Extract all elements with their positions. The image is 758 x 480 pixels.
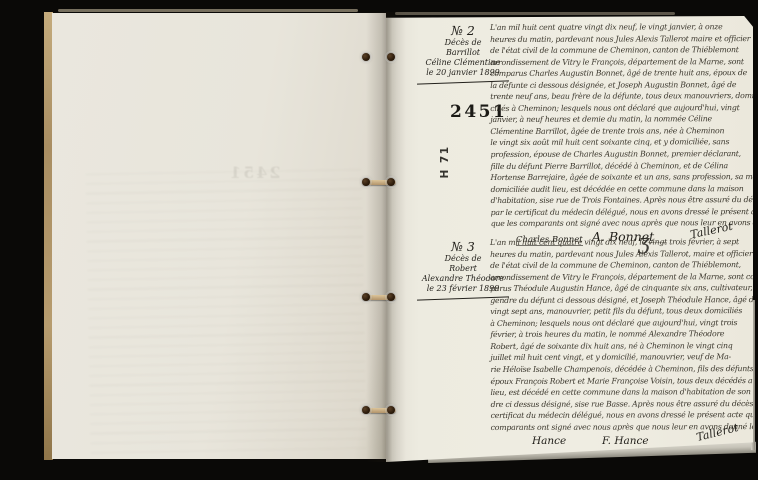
record-line: de l'état civil de la commune de Chemino…: [490, 259, 748, 271]
record-line: époux François Robert et Marie Françoise…: [490, 375, 748, 387]
record-line: à Cheminon; lesquels nous ont déclaré qu…: [490, 317, 748, 329]
binding-hole: [362, 53, 370, 61]
binding-hole: [387, 53, 395, 61]
record-line: certificat du médecin délégué, nous en a…: [491, 409, 749, 421]
signature-declarant-2: F. Hance: [602, 435, 649, 447]
left-page: 2451: [52, 13, 386, 459]
signature-declarant-1: Hance: [532, 435, 566, 447]
death-record-entry-3: № 3 Décès de Robert Alexandre Théodore l…: [386, 16, 753, 462]
binding-hole: [362, 293, 370, 301]
right-page: № 2 Décès de Barrillot Céline Clémentine…: [386, 16, 753, 462]
binding-hole: [387, 293, 395, 301]
book-gutter: [366, 12, 406, 462]
record-line: parus Théodule Augustin Hance, âgé de ci…: [490, 282, 748, 294]
binding-hole: [387, 406, 395, 414]
record-line: rie Héloïse Isabelle Champenois, décédée…: [490, 363, 748, 375]
record-line: L'an mil huit cent quatre vingt dix neuf…: [490, 236, 748, 248]
record-line: juillet mil huit cent vingt, et y domici…: [490, 352, 748, 364]
record-line: Robert, âgé de soixante dix huit ans, né…: [490, 340, 748, 352]
page-edge-top-left: [58, 9, 358, 12]
ink-bleed-through: [85, 161, 366, 462]
record-line: février, à trois heures du matin, le nom…: [490, 328, 748, 340]
scanned-register-photo: 2451 № 2 Décès de Barrillot Céline Cléme…: [0, 0, 758, 480]
binding-hole: [362, 406, 370, 414]
record-line: arrondissement de Vitry le François, dép…: [490, 271, 748, 283]
binding-hole: [387, 178, 395, 186]
stamp-bleed-through: 2451: [228, 163, 281, 182]
record-body: L'an mil huit cent quatre vingt dix neuf…: [490, 236, 749, 433]
record-line: lieu, est décédé en cette commune dans l…: [491, 386, 749, 398]
record-line: heures du matin, pardevant nous Jules Al…: [490, 248, 748, 260]
record-line: dre ci dessus désigné, sise rue Basse. A…: [491, 398, 749, 410]
record-line: vingt sept ans, manouvrier, petit fils d…: [490, 305, 748, 317]
record-line: gendre du défunt ci dessous désigné, et …: [490, 294, 748, 306]
binding-hole: [362, 178, 370, 186]
page-edge-top-right: [395, 12, 675, 15]
